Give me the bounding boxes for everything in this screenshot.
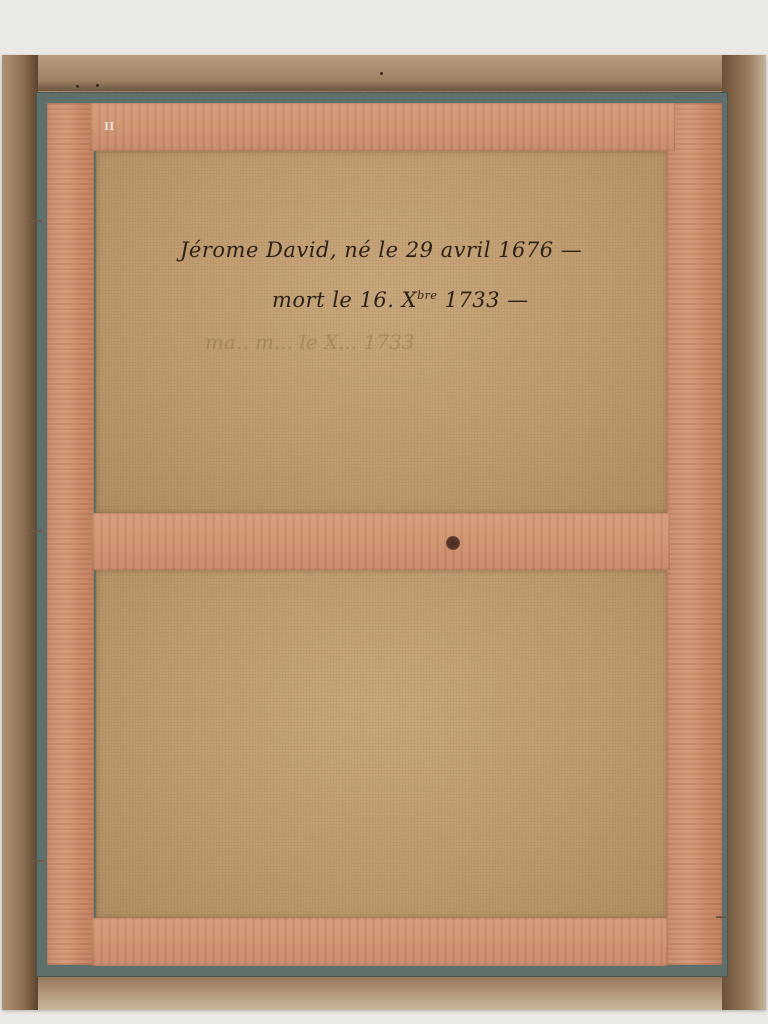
frame-edge-right [722, 55, 766, 1010]
frame-nail [30, 860, 44, 862]
frame-nail [716, 916, 730, 918]
wood-knot [446, 536, 460, 550]
stretcher-bar-bottom [92, 918, 667, 966]
faded-inscription: ma.. m... le X... 1733 [205, 330, 415, 354]
frame-edge-top [2, 55, 766, 91]
inscription-line-2: mort le 16. Xbre 1733 — [272, 288, 529, 312]
stretcher-bar-top [90, 103, 675, 151]
stretcher-bar-right [667, 103, 722, 965]
frame-edge-left [2, 55, 38, 1010]
stretcher-bar-left [47, 103, 94, 965]
wormhole [76, 85, 79, 88]
wormhole [96, 84, 99, 87]
inscription-line-2-prefix: mort le 16. X [272, 288, 417, 312]
wormhole [380, 72, 383, 75]
stretcher-crossbar [92, 513, 670, 570]
inscription-line-2-suffix: 1733 — [437, 288, 528, 312]
frame-nail [28, 220, 42, 222]
canvas-lower-panel [96, 570, 668, 918]
frame-nail [28, 530, 42, 532]
inscription-superscript: bre [417, 289, 437, 302]
inscription-line-1: Jérome David, né le 29 avril 1676 — [180, 238, 582, 262]
roman-numeral-mark: II [104, 120, 114, 133]
